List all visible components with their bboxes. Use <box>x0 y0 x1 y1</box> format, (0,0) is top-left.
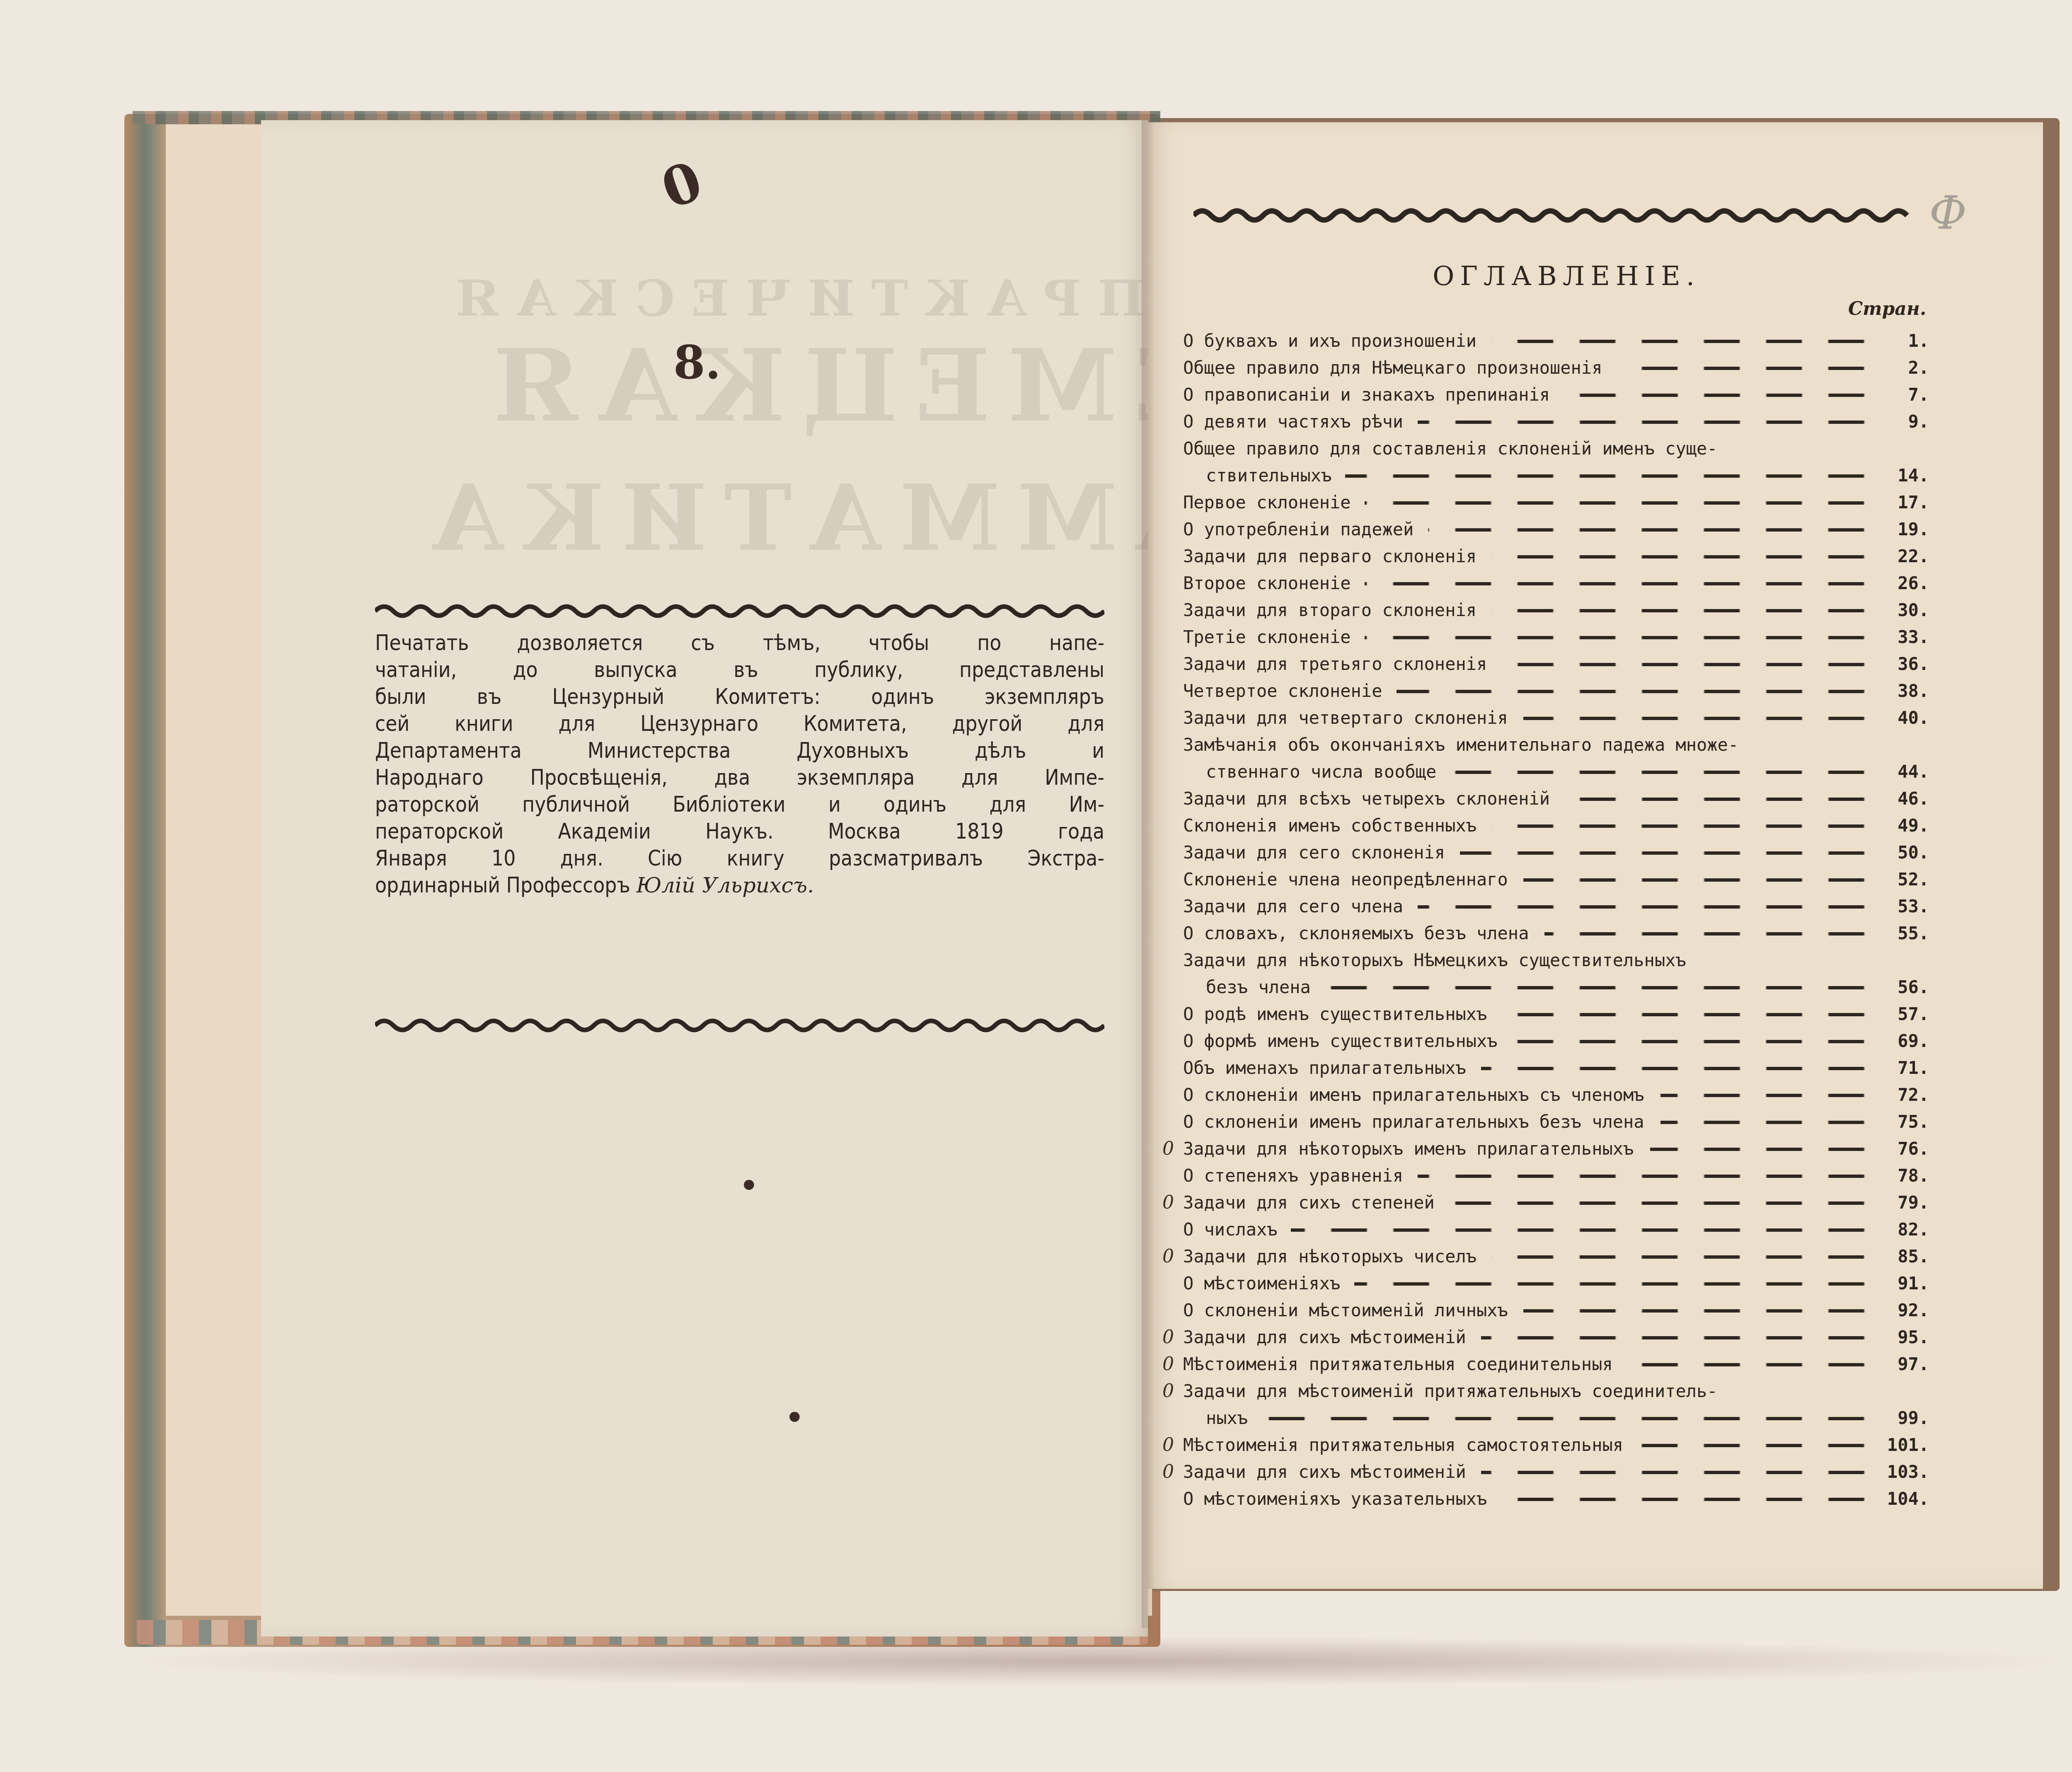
toc-page-number: 7. <box>1883 381 1929 408</box>
toc-entry: Третіе склоненіе33. <box>1183 624 1929 650</box>
toc-page-number: 44. <box>1883 758 1929 785</box>
toc-entry: Задачи для сего склоненія50. <box>1183 839 1929 866</box>
toc-page-number: 103. <box>1883 1458 1929 1485</box>
handwritten-margin-mark: 0 <box>1162 1324 1174 1351</box>
toc-page-number: 46. <box>1883 785 1929 812</box>
toc-entry-title: О употребленіи падежей <box>1183 516 1414 543</box>
toc-entry-title: Четвертое склоненіе <box>1183 677 1382 704</box>
toc-page-number: 49. <box>1883 812 1929 839</box>
toc-entry: Задачи для третьяго склоненія36. <box>1183 650 1929 677</box>
leader-dots <box>1639 1444 1877 1447</box>
toc-page-number: 101. <box>1883 1431 1929 1458</box>
leader-dots <box>1566 394 1878 397</box>
toc-entry: ственнаго числа вообще44. <box>1183 758 1929 785</box>
toc-entry: Задачи для перваго склоненія22. <box>1183 543 1929 570</box>
toc-entry-title: Склоненіе члена неопредѣленнаго <box>1183 866 1508 893</box>
toc-entry: О склоненіи именъ прилагательныхъ безъ ч… <box>1183 1108 1929 1135</box>
toc-page-number: 95. <box>1883 1324 1929 1351</box>
toc-entry: 0Задачи для нѣкоторыхъ чиселъ85. <box>1183 1243 1929 1270</box>
toc-page-number: 82. <box>1883 1216 1929 1243</box>
table-of-contents: О буквахъ и ихъ произношеніи1.Общее прав… <box>1183 327 1929 1512</box>
toc-entry: Задачи для четвертаго склоненія40. <box>1183 704 1929 731</box>
toc-entry: Общее правило для Нѣмецкаго произношенія… <box>1183 354 1929 381</box>
leader-dots <box>1523 878 1878 882</box>
toc-entry-title: О мѣстоименіяхъ указательныхъ <box>1183 1485 1487 1512</box>
handwritten-margin-mark: 0 <box>1162 1458 1174 1485</box>
toc-entry: О мѣстоименіяхъ91. <box>1183 1270 1929 1297</box>
toc-entry: О числахъ82. <box>1183 1216 1929 1243</box>
toc-entry-title: ственнаго числа вообще <box>1206 758 1436 785</box>
toc-entry-title: ствительныхъ <box>1206 462 1331 489</box>
toc-entry-title: О формѣ именъ существительныхъ <box>1183 1027 1498 1054</box>
toc-entry: О буквахъ и ихъ произношеніи1. <box>1183 327 1929 354</box>
toc-entry-title: Задачи для сихъ мѣстоименій <box>1183 1458 1466 1485</box>
toc-entry: Склоненія именъ собственныхъ49. <box>1183 812 1929 839</box>
censor-signature: Юлій Ульрихсъ. <box>636 873 814 898</box>
leader-dots <box>1523 717 1878 720</box>
toc-entry: О правописаніи и знакахъ препинанія7. <box>1183 381 1929 408</box>
toc-entry-title: О буквахъ и ихъ произношеніи <box>1183 327 1477 354</box>
toc-entry: 0Задачи для сихъ степеней79. <box>1183 1189 1929 1216</box>
wavy-ornament-toc <box>1193 207 1915 224</box>
toc-page-number: 85. <box>1883 1243 1929 1270</box>
leader-dots <box>1418 905 1878 909</box>
toc-page-number: 104. <box>1883 1485 1929 1512</box>
handwritten-margin-mark: 0 <box>1162 1243 1174 1270</box>
leader-dots <box>1502 1498 1878 1501</box>
toc-page-number: 57. <box>1883 1001 1929 1027</box>
leader-dots <box>1618 367 1877 370</box>
toc-page-column-header: Стран. <box>1848 298 1926 319</box>
handwritten-margin-mark: 0 <box>1162 1351 1174 1378</box>
toc-entry: 0Задачи для сихъ мѣстоименій103. <box>1183 1458 1929 1485</box>
leader-dots <box>1345 474 1877 478</box>
leader-dots <box>1365 636 1877 639</box>
toc-entry-title: Задачи для сего склоненія <box>1183 839 1445 866</box>
leader-dots <box>1418 1175 1878 1178</box>
toc-entry-title: ныхъ <box>1206 1405 1248 1431</box>
toc-entry-title: Задачи для мѣстоименій притяжательныхъ с… <box>1183 1378 1718 1405</box>
leader-dots <box>1354 1282 1878 1286</box>
toc-entry-title: Второе склоненіе <box>1183 570 1351 597</box>
toc-page-number: 40. <box>1883 704 1929 731</box>
toc-entry-title: Задачи для нѣкоторыхъ чиселъ <box>1183 1243 1477 1270</box>
toc-entry-title: О правописаніи и знакахъ препинанія <box>1183 381 1550 408</box>
toc-entry: Четвертое склоненіе38. <box>1183 677 1929 704</box>
leader-dots <box>1491 824 1877 828</box>
leader-dots <box>1491 555 1877 558</box>
handwritten-eight-mark: 8. <box>673 336 721 389</box>
toc-page-number: 19. <box>1883 516 1929 543</box>
toc-entry: Второе склоненіе26. <box>1183 570 1929 597</box>
leader-dots <box>1544 932 1878 936</box>
censorship-line-prefix: ординарный Профессоръ <box>375 873 636 898</box>
leader-dots <box>1629 1363 1878 1366</box>
leader-dots <box>1491 1255 1877 1259</box>
toc-entry: О склоненіи мѣстоименій личныхъ92. <box>1183 1297 1929 1324</box>
toc-page-number: 1. <box>1883 327 1929 354</box>
toc-entry-title: Задачи для нѣкоторыхъ именъ прилагательн… <box>1183 1135 1634 1162</box>
handwritten-margin-mark: 0 <box>1162 1431 1174 1458</box>
toc-entry: ныхъ99. <box>1183 1405 1929 1431</box>
toc-entry-title: безъ члена <box>1206 974 1311 1001</box>
ink-blot: • <box>740 1168 758 1203</box>
handwritten-margin-mark: 0 <box>1162 1378 1174 1405</box>
toc-entry-title: Задачи для нѣкоторыхъ Нѣмецкихъ существи… <box>1183 947 1686 974</box>
censorship-notice: Печатать дозволяется съ тѣмъ, чтобы по н… <box>375 630 1104 899</box>
toc-entry: Склоненіе члена неопредѣленнаго52. <box>1183 866 1929 893</box>
toc-entry: 0Задачи для нѣкоторыхъ именъ прилагатель… <box>1183 1135 1929 1162</box>
toc-page-number: 2. <box>1883 354 1929 381</box>
toc-entry-title: О склоненіи именъ прилагательныхъ съ чле… <box>1183 1081 1644 1108</box>
toc-entry: ствительныхъ14. <box>1183 462 1929 489</box>
toc-entry: Замѣчанія объ окончаніяхъ именительнаго … <box>1183 731 1929 758</box>
toc-entry-title: Замѣчанія объ окончаніяхъ именительнаго … <box>1183 731 1738 758</box>
toc-page-number: 99. <box>1883 1405 1929 1431</box>
toc-entry-title: О словахъ, склоняемыхъ безъ члена <box>1183 920 1529 947</box>
toc-entry: безъ члена56. <box>1183 974 1929 1001</box>
toc-entry-title: Объ именахъ прилагательныхъ <box>1183 1054 1466 1081</box>
toc-page-number: 97. <box>1883 1351 1929 1378</box>
censorship-line: Департамента Министерства Духовныхъ дѣлъ… <box>375 737 1104 764</box>
toc-entry-title: О девяти частяхъ рѣчи <box>1183 408 1403 435</box>
leader-dots <box>1365 582 1877 585</box>
leader-dots <box>1418 421 1878 424</box>
toc-entry: Задачи для всѣхъ четырехъ склоненій46. <box>1183 785 1929 812</box>
censorship-line: ператорской Академіи Наукъ. Москва 1819 … <box>375 818 1104 845</box>
toc-entry: Задачи для сего члена53. <box>1183 893 1929 920</box>
censorship-line: Народнаго Просвѣщенія, два экземпляра дл… <box>375 764 1104 791</box>
toc-page-number: 53. <box>1883 893 1929 920</box>
leader-dots <box>1566 798 1878 801</box>
leader-dots <box>1397 690 1878 693</box>
toc-title: ОГЛАВЛЕНІЕ. <box>1401 261 1732 292</box>
leader-dots <box>1513 1040 1877 1043</box>
toc-entry-title: Третіе склоненіе <box>1183 624 1351 650</box>
toc-entry-title: Склоненія именъ собственныхъ <box>1183 812 1477 839</box>
toc-entry: 0Мѣстоименія притяжательныя соединительн… <box>1183 1351 1929 1378</box>
toc-entry: О девяти частяхъ рѣчи9. <box>1183 408 1929 435</box>
toc-entry-title: Задачи для третьяго склоненія <box>1183 650 1487 677</box>
leader-dots <box>1491 609 1877 612</box>
toc-page-number: 26. <box>1883 570 1929 597</box>
leader-dots <box>1365 501 1877 505</box>
toc-entry: 0Задачи для сихъ мѣстоименій95. <box>1183 1324 1929 1351</box>
toc-page-number: 9. <box>1883 408 1929 435</box>
toc-entry: Общее правило для составленія склоненій … <box>1183 435 1929 462</box>
toc-entry-title: Задачи для перваго склоненія <box>1183 543 1477 570</box>
pencil-mark: Ф <box>1929 186 1967 239</box>
toc-page-number: 22. <box>1883 543 1929 570</box>
leader-dots <box>1481 1067 1878 1070</box>
censorship-line: чатаніи, до выпуска въ публику, представ… <box>375 657 1104 684</box>
toc-entry-title: Задачи для четвертаго склоненія <box>1183 704 1508 731</box>
leader-dots <box>1502 1013 1878 1016</box>
leader-dots <box>1502 663 1878 666</box>
toc-page-number: 55. <box>1883 920 1929 947</box>
toc-page-number: 36. <box>1883 650 1929 677</box>
toc-entry: О употребленіи падежей19. <box>1183 516 1929 543</box>
censorship-line: раторской публичной Библіотеки и одинъ д… <box>375 791 1104 818</box>
leader-dots <box>1324 986 1877 989</box>
toc-page-number: 33. <box>1883 624 1929 650</box>
book-gutter <box>1142 120 1154 1628</box>
leader-dots <box>1291 1228 1878 1232</box>
toc-entry: О мѣстоименіяхъ указательныхъ104. <box>1183 1485 1929 1512</box>
toc-page-number: 75. <box>1883 1108 1929 1135</box>
toc-entry-title: Общее правило для Нѣмецкаго произношенія <box>1183 354 1602 381</box>
toc-entry: 0Задачи для мѣстоименій притяжательныхъ … <box>1183 1378 1929 1405</box>
toc-page-number: 30. <box>1883 597 1929 624</box>
toc-page-number: 72. <box>1883 1081 1929 1108</box>
toc-page-number: 14. <box>1883 462 1929 489</box>
toc-entry-title: О родѣ именъ существительныхъ <box>1183 1001 1487 1027</box>
censorship-line: Января 10 дня. Сію книгу разсматривалъ Э… <box>375 845 1104 872</box>
toc-page-number: 69. <box>1883 1027 1929 1054</box>
toc-entry-title: О числахъ <box>1183 1216 1278 1243</box>
toc-entry-title: О склоненіи мѣстоименій личныхъ <box>1183 1297 1508 1324</box>
toc-entry: Первое склоненіе17. <box>1183 489 1929 516</box>
toc-entry: О словахъ, склоняемыхъ безъ члена55. <box>1183 920 1929 947</box>
toc-page-number: 79. <box>1883 1189 1929 1216</box>
leader-dots <box>1650 1148 1878 1151</box>
toc-entry-title: Задачи для сихъ мѣстоименій <box>1183 1324 1466 1351</box>
toc-page-number: 71. <box>1883 1054 1929 1081</box>
leader-dots <box>1428 528 1877 532</box>
toc-entry: О склоненіи именъ прилагательныхъ съ чле… <box>1183 1081 1929 1108</box>
toc-page-number: 56. <box>1883 974 1929 1001</box>
toc-entry: О родѣ именъ существительныхъ57. <box>1183 1001 1929 1027</box>
ink-blot: • <box>785 1400 804 1435</box>
toc-entry: Объ именахъ прилагательныхъ71. <box>1183 1054 1929 1081</box>
toc-entry-title: Задачи для всѣхъ четырехъ склоненій <box>1183 785 1550 812</box>
toc-page-number: 38. <box>1883 677 1929 704</box>
toc-page-number: 91. <box>1883 1270 1929 1297</box>
handwritten-margin-mark: 0 <box>1162 1135 1174 1162</box>
toc-page-number: 17. <box>1883 489 1929 516</box>
toc-page-number: 76. <box>1883 1135 1929 1162</box>
toc-entry: О степеняхъ уравненія78. <box>1183 1162 1929 1189</box>
leader-dots <box>1523 1309 1878 1313</box>
leader-dots <box>1460 851 1878 855</box>
toc-entry-title: О мѣстоименіяхъ <box>1183 1270 1340 1297</box>
wavy-ornament-top <box>375 603 1104 619</box>
toc-entry-title: Мѣстоименія притяжательныя соединительны… <box>1183 1351 1613 1378</box>
censorship-line: были въ Цензурный Комитетъ: одинъ экземп… <box>375 684 1104 711</box>
leader-dots <box>1491 340 1877 343</box>
toc-page-number: 50. <box>1883 839 1929 866</box>
censorship-line: сей книги для Цензурнаго Комитета, друго… <box>375 711 1104 737</box>
wavy-ornament-bottom <box>375 1017 1104 1034</box>
leader-dots <box>1481 1336 1878 1339</box>
toc-entry-title: Задачи для сихъ степеней <box>1183 1189 1435 1216</box>
toc-page-number: 52. <box>1883 866 1929 893</box>
toc-page-number: 78. <box>1883 1162 1929 1189</box>
leader-dots <box>1481 1471 1878 1474</box>
handwritten-margin-mark: 0 <box>1162 1189 1174 1216</box>
toc-page-number: 92. <box>1883 1297 1929 1324</box>
toc-entry-title: О степеняхъ уравненія <box>1183 1162 1403 1189</box>
toc-entry-title: Задачи для втораго склоненія <box>1183 597 1477 624</box>
leader-dots <box>1449 1201 1877 1205</box>
toc-entry-title: О склоненіи именъ прилагательныхъ безъ ч… <box>1183 1108 1644 1135</box>
leader-dots <box>1661 1094 1877 1097</box>
censorship-line-last: ординарный Профессоръ Юлій Ульрихсъ. <box>375 872 1104 899</box>
leader-dots <box>1451 771 1877 774</box>
toc-entry: Задачи для втораго склоненія30. <box>1183 597 1929 624</box>
toc-entry-title: Задачи для сего члена <box>1183 893 1403 920</box>
leader-dots <box>1661 1121 1877 1124</box>
toc-entry: Задачи для нѣкоторыхъ Нѣмецкихъ существи… <box>1183 947 1929 974</box>
toc-entry-title: Мѣстоименія притяжательныя самостоятельн… <box>1183 1431 1623 1458</box>
leader-dots <box>1261 1417 1877 1420</box>
toc-entry: О формѣ именъ существительныхъ69. <box>1183 1027 1929 1054</box>
censorship-line: Печатать дозволяется съ тѣмъ, чтобы по н… <box>375 630 1104 657</box>
toc-entry: 0Мѣстоименія притяжательныя самостоятель… <box>1183 1431 1929 1458</box>
toc-entry-title: Первое склоненіе <box>1183 489 1351 516</box>
showthrough-title-line-1: ПРАКТИЧЕСКАЯ <box>439 269 1145 328</box>
toc-entry-title: Общее правило для составленія склоненій … <box>1183 435 1718 462</box>
